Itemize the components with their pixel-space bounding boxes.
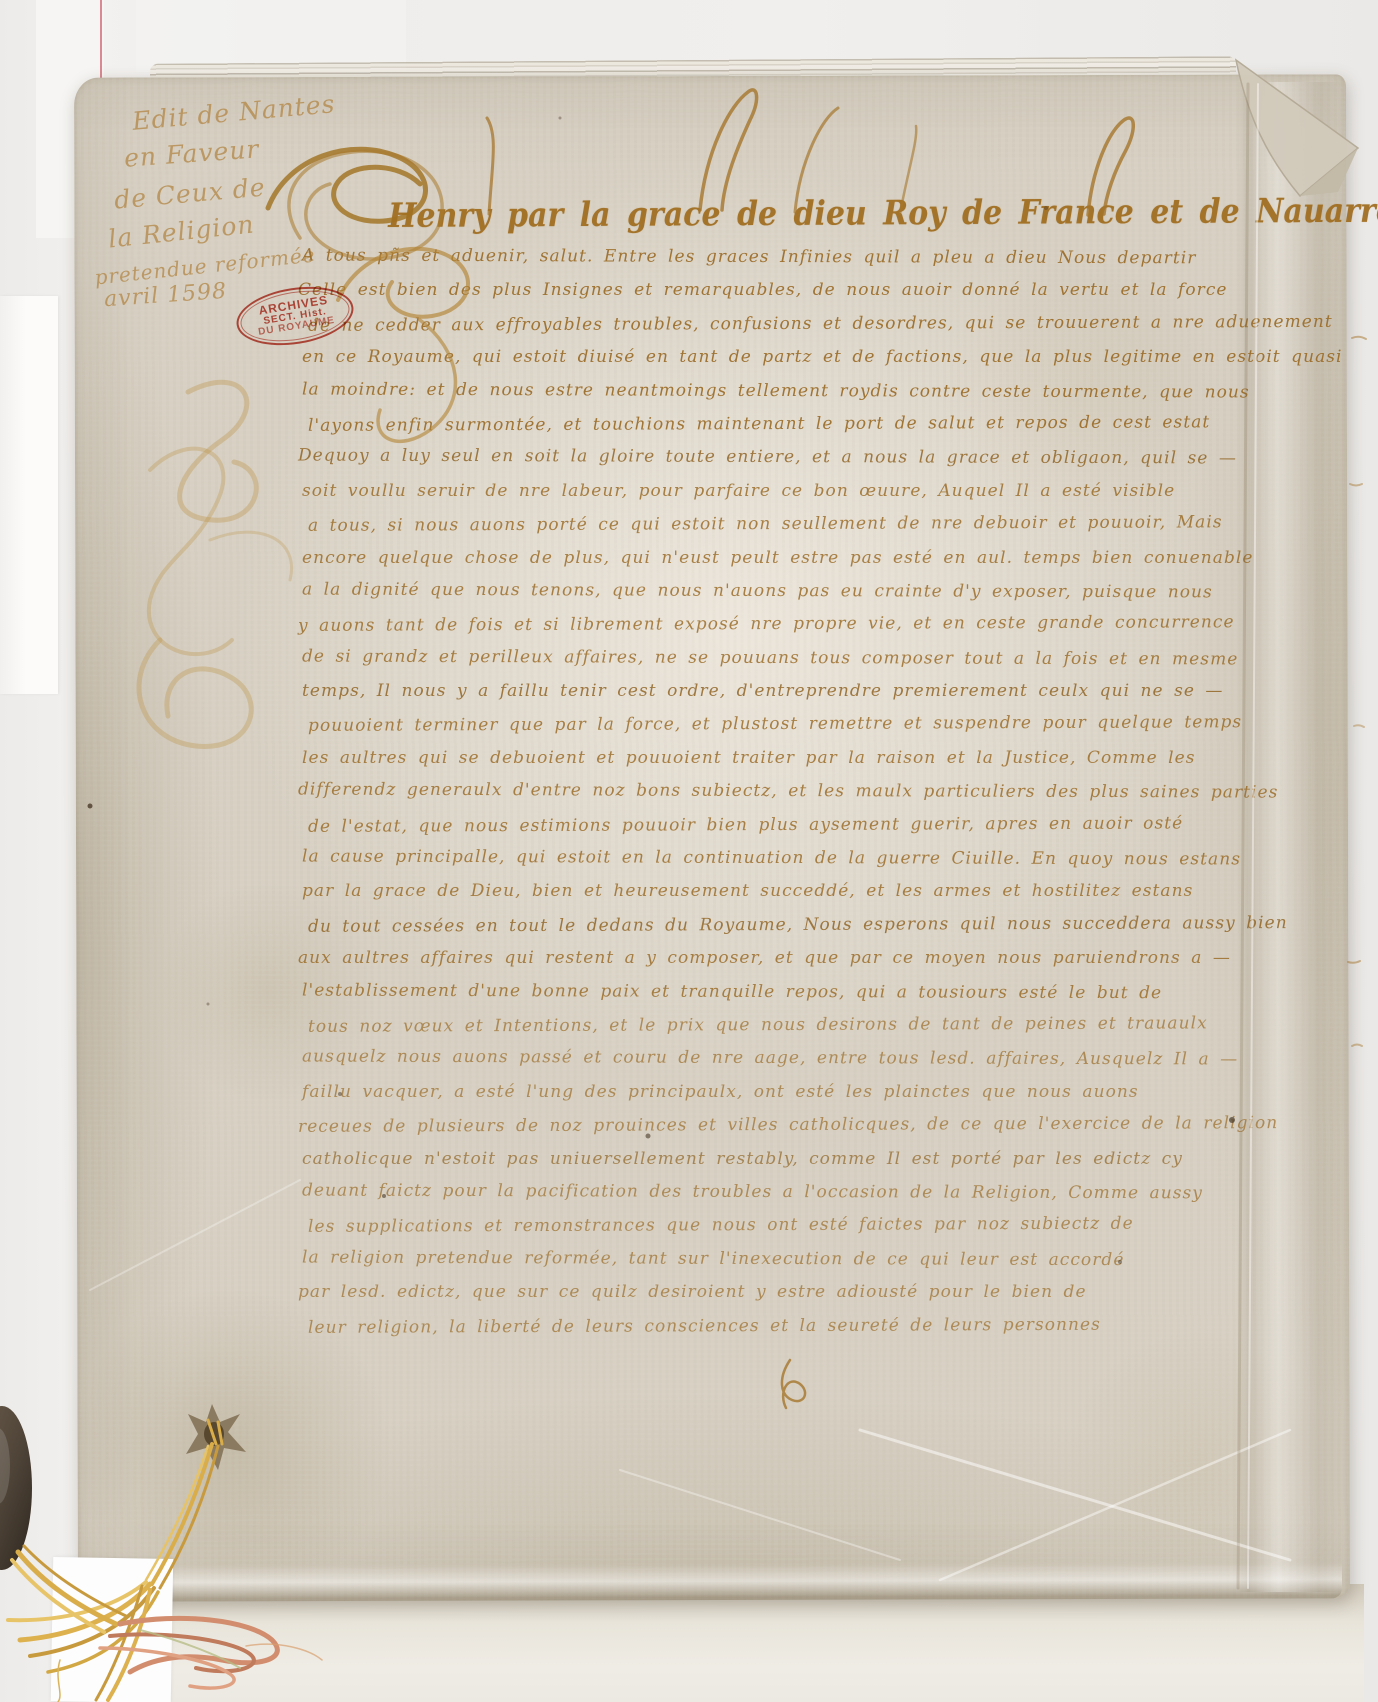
manuscript-line: a tous, si nous auons porté ce qui estoi… xyxy=(308,506,1252,543)
manuscript-line: les aultres qui se debuoient et pouuoien… xyxy=(302,742,1252,775)
manuscript-line: la cause principalle, qui estoit en la c… xyxy=(302,841,1252,877)
wax-seal-fragment xyxy=(0,1406,32,1570)
manuscript-line: du tout cessées en tout le dedans du Roy… xyxy=(308,907,1252,944)
archive-stamp-line: ARCHIVES xyxy=(258,294,329,317)
manuscript-line: la religion pretendue reformée, tant sur… xyxy=(302,1241,1252,1277)
under-parchment-sheet xyxy=(148,1584,1364,1702)
manuscript-line: faillu vacquer, a esté l'ung des princip… xyxy=(302,1076,1252,1109)
manuscript-line: pouuoient terminer que par la force, et … xyxy=(308,707,1252,744)
manuscript-line: encore quelque chose de plus, qui n'eust… xyxy=(302,542,1252,575)
manuscript-line: l'establissement d'une bonne paix et tra… xyxy=(302,974,1252,1010)
manuscript-line: par lesd. edictz, que sur ce quilz desir… xyxy=(298,1276,1252,1309)
manuscript-line: Dequoy a luy seul en soit la gloire tout… xyxy=(298,440,1252,476)
manuscript-line: temps, Il nous y a faillu tenir cest ord… xyxy=(302,675,1252,708)
manuscript-line: catholicque n'estoit pas uniuersellement… xyxy=(302,1143,1252,1176)
manuscript-line: soit voullu seruir de nre labeur, pour p… xyxy=(302,475,1252,508)
manuscript-heading-line: Henry par la grace de dieu Roy de France… xyxy=(388,185,1258,243)
manuscript-line: de l'estat, que nous estimions pouuoir b… xyxy=(308,807,1252,844)
manuscript-line: la moindre: et de nous estre neantmoings… xyxy=(302,373,1252,409)
manuscript-line: en ce Royaume, qui estoit diuisé en tant… xyxy=(302,341,1252,374)
manuscript-line: differendz generaulx d'entre noz bons su… xyxy=(298,774,1252,810)
manuscript-line: aux aultres affaires qui restent a y com… xyxy=(298,942,1252,975)
manuscript-line: les supplications et remonstrances que n… xyxy=(308,1208,1252,1245)
white-paper-bottom-left xyxy=(51,1557,173,1702)
manuscript-line: leur religion, la liberté de leurs consc… xyxy=(308,1308,1252,1345)
backdrop-band xyxy=(136,0,406,72)
manuscript-line: a la dignité que nous tenons, que nous n… xyxy=(302,573,1252,609)
margin-note-line: la Religion xyxy=(107,209,256,253)
margin-note-line: Edit de Nantes xyxy=(131,89,336,136)
archive-stamp-line: SECT. Hist. xyxy=(263,307,328,327)
manuscript-line: ausquelz nous auons passé et couru de nr… xyxy=(302,1041,1252,1077)
manuscript-line: l'ayons enfin surmontée, et touchions ma… xyxy=(308,406,1252,443)
manuscript-line: y auons tant de fois et si librement exp… xyxy=(298,606,1252,643)
manuscript-line: receues de plusieurs de noz prouinces et… xyxy=(298,1107,1252,1144)
archival-photo-edict-of-nantes: { "photo": { "background_color": "#f0eee… xyxy=(0,0,1378,1702)
margin-note-line: en Faveur xyxy=(123,134,260,172)
manuscript-line: Celle est bien des plus Insignes et rema… xyxy=(298,274,1252,307)
archive-stamp-line: DU ROYAUME xyxy=(258,316,336,338)
backdrop-red-thread-line xyxy=(100,0,102,80)
margin-note-line: de Ceux de xyxy=(113,172,267,214)
manuscript-line: de ne cedder aux effroyables troubles, c… xyxy=(308,306,1252,343)
manuscript-line: deuant faictz pour la pacification des t… xyxy=(302,1174,1252,1210)
manuscript-line: tous noz vœux et Intentions, et le prix … xyxy=(308,1007,1252,1044)
manuscript-line: de si grandz et perilleux affaires, ne s… xyxy=(302,640,1252,676)
manuscript-line: par la grace de Dieu, bien et heureuseme… xyxy=(302,875,1252,908)
manuscript-body-text: A tous pñs et aduenir, salut. Entre les … xyxy=(302,241,1252,1343)
white-paper-strip-left xyxy=(0,296,58,694)
manuscript-line: A tous pñs et aduenir, salut. Entre les … xyxy=(302,240,1252,276)
bottom-fold-ridge xyxy=(134,1562,1342,1601)
